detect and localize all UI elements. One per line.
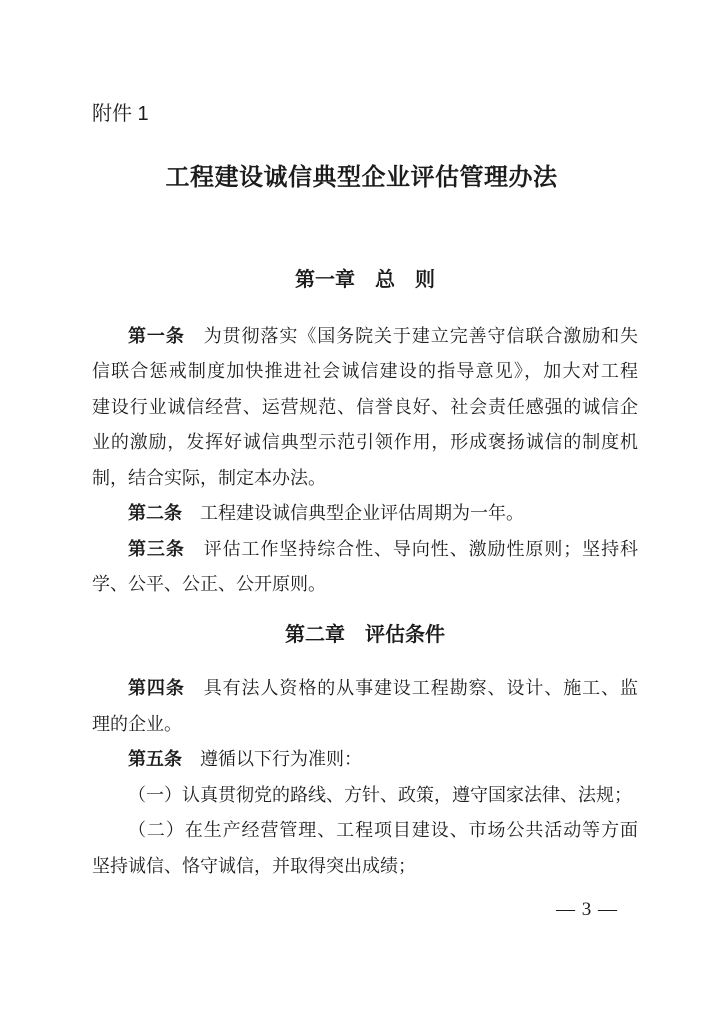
body-line-text: 信联合惩戒制度加快推进社会诚信建设的指导意见》，加大对工程 xyxy=(92,361,638,381)
body-line: 第一条 为贯彻落实《国务院关于建立完善守信联合激励和失 xyxy=(92,319,638,355)
body-line-text: 业的激励，发挥好诚信典型示范引领作用，形成褒扬诚信的制度机 xyxy=(92,432,638,452)
body-line-text: （一）认真贯彻党的路线、方针、政策，遵守国家法律、法规； xyxy=(128,785,632,805)
article-number: 第二条 xyxy=(128,503,182,523)
article-number: 第三条 xyxy=(128,539,185,559)
chapter-heading: 第一章 总 则 xyxy=(92,263,638,299)
body-line: 理的企业。 xyxy=(92,707,638,743)
body-line-text: 为贯彻落实《国务院关于建立完善守信联合激励和失 xyxy=(185,326,638,346)
body-line-text: 建设行业诚信经营、运营规范、信誉良好、社会责任感强的诚信企 xyxy=(92,397,638,417)
article-number: 第五条 xyxy=(128,749,182,769)
body-line: 第二条 工程建设诚信典型企业评估周期为一年。 xyxy=(92,496,638,532)
body-line: 第四条 具有法人资格的从事建设工程勘察、设计、施工、监 xyxy=(92,671,638,707)
body-line: 业的激励，发挥好诚信典型示范引领作用，形成褒扬诚信的制度机 xyxy=(92,425,638,461)
body-line: 第三条 评估工作坚持综合性、导向性、激励性原则；坚持科 xyxy=(92,532,638,568)
document-body: 第一章 总 则第一条 为贯彻落实《国务院关于建立完善守信联合激励和失信联合惩戒制… xyxy=(92,263,638,884)
body-line-text: 工程建设诚信典型企业评估周期为一年。 xyxy=(182,503,524,523)
chapter-heading: 第二章 评估条件 xyxy=(92,618,638,654)
document-page: 附件 1 工程建设诚信典型企业评估管理办法 第一章 总 则第一条 为贯彻落实《国… xyxy=(0,0,723,1024)
body-line-text: 具有法人资格的从事建设工程勘察、设计、施工、监 xyxy=(185,678,638,698)
body-line-text: 遵循以下行为准则： xyxy=(182,749,362,769)
body-line: 建设行业诚信经营、运营规范、信誉良好、社会责任感强的诚信企 xyxy=(92,390,638,426)
page-number: — 3 — xyxy=(556,896,618,924)
body-line: 制，结合实际，制定本办法。 xyxy=(92,461,638,497)
body-line-text: 坚持诚信、恪守诚信，并取得突出成绩； xyxy=(92,856,416,876)
document-title: 工程建设诚信典型企业评估管理办法 xyxy=(0,161,723,195)
body-line: 坚持诚信、恪守诚信，并取得突出成绩； xyxy=(92,849,638,885)
body-line-text: 评估工作坚持综合性、导向性、激励性原则；坚持科 xyxy=(185,539,638,559)
body-line: （一）认真贯彻党的路线、方针、政策，遵守国家法律、法规； xyxy=(92,778,638,814)
article-number: 第四条 xyxy=(128,678,185,698)
body-line-text: 理的企业。 xyxy=(92,714,182,734)
body-line: 信联合惩戒制度加快推进社会诚信建设的指导意见》，加大对工程 xyxy=(92,354,638,390)
body-line: 学、公平、公正、公开原则。 xyxy=(92,567,638,603)
body-line: （二）在生产经营管理、工程项目建设、市场公共活动等方面 xyxy=(92,813,638,849)
body-line-text: 制，结合实际，制定本办法。 xyxy=(92,468,326,488)
body-line-text: （二）在生产经营管理、工程项目建设、市场公共活动等方面 xyxy=(128,820,638,840)
body-line-text: 学、公平、公正、公开原则。 xyxy=(92,574,326,594)
body-line: 第五条 遵循以下行为准则： xyxy=(92,742,638,778)
article-number: 第一条 xyxy=(128,326,185,346)
attachment-label: 附件 1 xyxy=(92,101,149,127)
